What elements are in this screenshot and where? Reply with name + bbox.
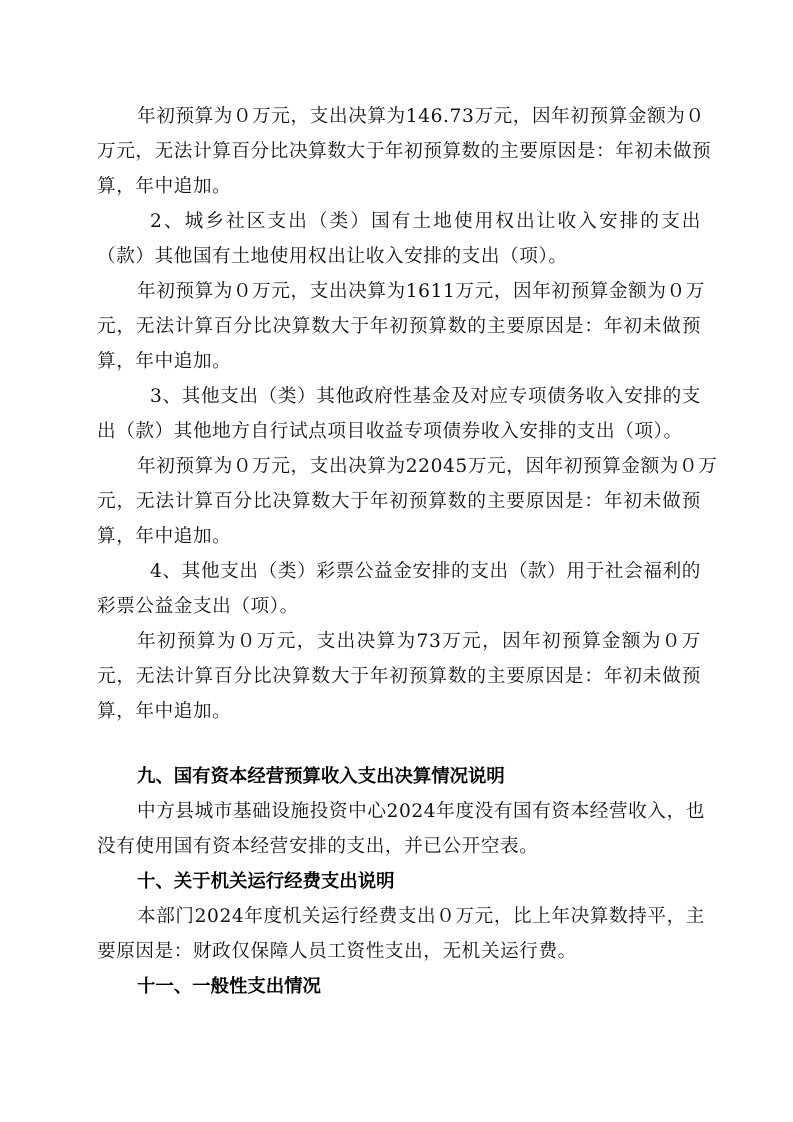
paragraph-line: 本部门2024年度机关运行经费支出０万元，比上年决算数持平，主	[137, 905, 701, 929]
paragraph-line: 算，年中追加。	[97, 700, 701, 724]
paragraph-line: 算，年中追加。	[97, 525, 701, 549]
paragraph-line: 元，无法计算百分比决算数大于年初预算数的主要原因是：年初未做预	[97, 665, 701, 689]
paragraph-line: 年初预算为０万元，支出决算为1611万元，因年初预算金额为０万	[137, 280, 701, 304]
item-heading-line: 4、其他支出（类）彩票公益金安排的支出（款）用于社会福利的	[150, 560, 701, 584]
paragraph-line: 元，无法计算百分比决算数大于年初预算数的主要原因是：年初未做预	[97, 490, 701, 514]
item-heading-line: 2、城乡社区支出（类）国有土地使用权出让收入安排的支出	[150, 210, 701, 234]
item-heading-line: 彩票公益金支出（项）。	[97, 595, 701, 619]
paragraph-line: 年初预算为０万元，支出决算为22045万元，因年初预算金额为０万	[137, 455, 701, 479]
paragraph-line: 万元，无法计算百分比决算数大于年初预算数的主要原因是：年初未做预	[97, 140, 701, 164]
paragraph-line: 算，年中追加。	[97, 350, 701, 374]
paragraph-line: 中方县城市基础设施投资中心2024年度没有国有资本经营收入，也	[137, 800, 701, 824]
paragraph-line: 年初预算为０万元，支出决算为73万元，因年初预算金额为０万	[137, 630, 701, 654]
paragraph-line: 没有使用国有资本经营安排的支出，并已公开空表。	[97, 835, 701, 859]
section-heading: 十、关于机关运行经费支出说明	[137, 870, 394, 894]
paragraph-line: 要原因是：财政仅保障人员工资性支出，无机关运行费。	[97, 940, 701, 964]
section-heading: 九、国有资本经营预算收入支出决算情况说明	[137, 765, 505, 789]
item-heading-line: （款）其他国有土地使用权出让收入安排的支出（项）。	[97, 245, 701, 269]
paragraph-line: 年初预算为０万元，支出决算为146.73万元，因年初预算金额为０	[137, 105, 701, 129]
section-heading: 十一、一般性支出情况	[137, 975, 321, 999]
item-heading-line: 出（款）其他地方自行试点项目收益专项债券收入安排的支出（项）。	[97, 420, 701, 444]
paragraph-line: 元，无法计算百分比决算数大于年初预算数的主要原因是：年初未做预	[97, 315, 701, 339]
item-heading-line: 3、其他支出（类）其他政府性基金及对应专项债务收入安排的支	[150, 385, 701, 409]
document-page: 年初预算为０万元，支出决算为146.73万元，因年初预算金额为０ 万元，无法计算…	[0, 0, 793, 1122]
paragraph-line: 算，年中追加。	[97, 175, 701, 199]
